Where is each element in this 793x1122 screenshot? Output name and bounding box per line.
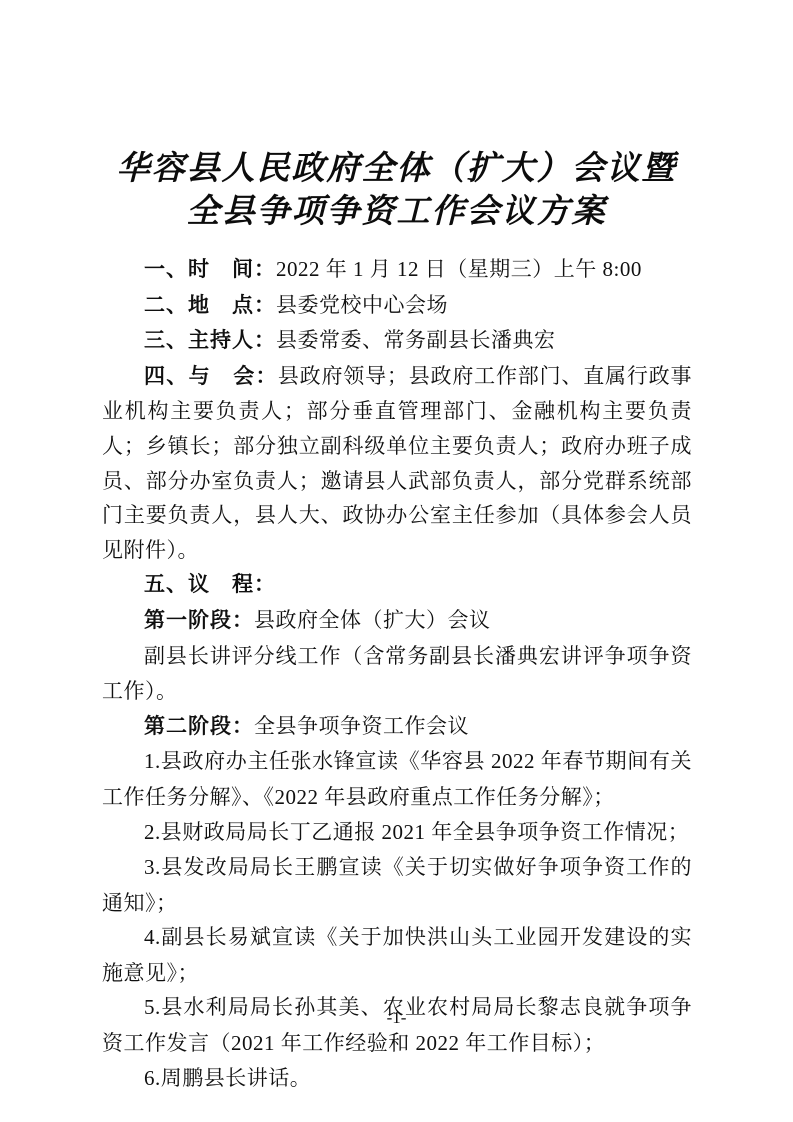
para-meeting-location-label: 二、地 点： [144,294,276,317]
agenda-item-3: 3.县发改局局长王鹏宣读《关于切实做好争项争资工作的通知》； [102,850,692,920]
document-title-line1: 华容县人民政府全体（扩大）会议暨 [0,148,793,191]
para-agenda-heading: 五、议 程： [102,567,692,603]
para-stage1: 第一阶段：县政府全体（扩大）会议 [102,603,692,639]
para-agenda-heading-label: 五、议 程： [144,573,276,596]
agenda-item-2-text: 2.县财政局局长丁乙通报 2021 年全县争项争资工作情况； [144,820,689,844]
para-meeting-location-text: 县委党校中心会场 [276,293,448,317]
agenda-item-2: 2.县财政局局长丁乙通报 2021 年全县争项争资工作情况； [102,815,692,851]
para-meeting-host: 三、主持人：县委常委、常务副县长潘典宏 [102,323,692,359]
page-number: -1- [0,1006,793,1030]
para-stage2-text: 全县争项争资工作会议 [254,714,469,738]
para-stage1-detail: 副县长讲评分线工作（含常务副县长潘典宏讲评争项争资工作）。 [102,639,692,709]
agenda-item-4: 4.副县长易斌宣读《关于加快洪山头工业园开发建设的实施意见》； [102,920,692,990]
agenda-item-1: 1.县政府办主任张水锋宣读《华容县 2022 年春节期间有关工作任务分解》、《2… [102,744,692,814]
agenda-item-3-text: 3.县发改局局长王鹏宣读《关于切实做好争项争资工作的通知》； [102,855,692,915]
document-page: 华容县人民政府全体（扩大）会议暨 全县争项争资工作会议方案 一、时 间：2022… [0,0,793,1122]
document-title: 华容县人民政府全体（扩大）会议暨 全县争项争资工作会议方案 [0,148,793,234]
para-stage2-label: 第二阶段： [144,715,254,738]
para-meeting-time: 一、时 间：2022 年 1 月 12 日（星期三）上午 8:00 [102,252,692,288]
agenda-item-1-text: 1.县政府办主任张水锋宣读《华容县 2022 年春节期间有关工作任务分解》、《2… [102,749,692,809]
para-stage2: 第二阶段：全县争项争资工作会议 [102,709,692,745]
agenda-item-6: 6.周鹏县长讲话。 [102,1061,692,1097]
document-title-line2: 全县争项争资工作会议方案 [0,191,793,234]
para-stage1-label: 第一阶段： [144,609,254,632]
document-body: 一、时 间：2022 年 1 月 12 日（星期三）上午 8:00 二、地 点：… [102,252,692,1096]
para-stage1-text: 县政府全体（扩大）会议 [254,608,491,632]
agenda-item-6-text: 6.周鹏县长讲话。 [144,1066,311,1090]
para-attendees-text: 县政府领导；县政府工作部门、直属行政事业机构主要负责人；部分垂直管理部门、金融机… [102,364,692,562]
para-meeting-host-label: 三、主持人： [144,329,276,352]
para-meeting-time-label: 一、时 间： [144,258,276,281]
para-meeting-host-text: 县委常委、常务副县长潘典宏 [276,328,556,352]
para-attendees-label: 四、与 会： [144,365,278,388]
para-meeting-time-text: 2022 年 1 月 12 日（星期三）上午 8:00 [276,257,642,281]
para-stage1-detail-text: 副县长讲评分线工作（含常务副县长潘典宏讲评争项争资工作）。 [102,644,692,704]
para-attendees: 四、与 会：县政府领导；县政府工作部门、直属行政事业机构主要负责人；部分垂直管理… [102,359,692,568]
para-meeting-location: 二、地 点：县委党校中心会场 [102,288,692,324]
agenda-item-4-text: 4.副县长易斌宣读《关于加快洪山头工业园开发建设的实施意见》； [102,925,692,985]
